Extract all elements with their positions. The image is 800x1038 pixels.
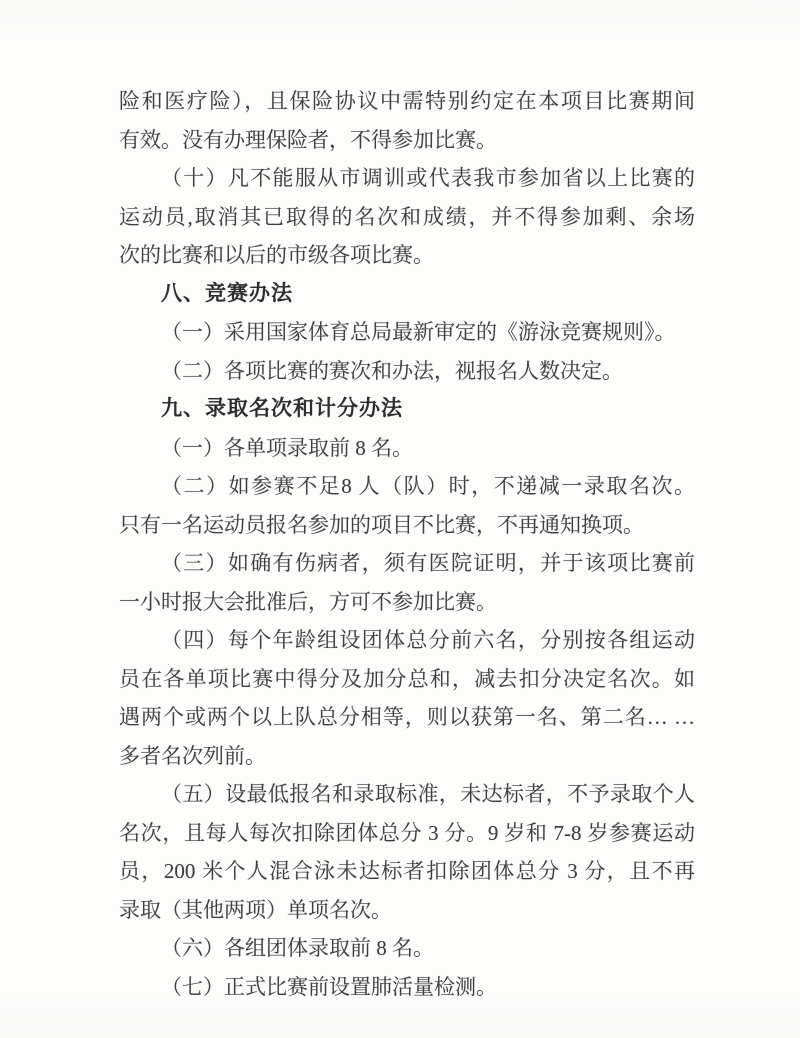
text-line: 一小时报大会批准后，方可不参加比赛。 [119, 583, 695, 622]
text-line: 九、录取名次和计分办法 [119, 390, 695, 429]
paragraph: （二）如参赛不足8 人（队）时，不递减一录取名次。只有一名运动员报名参加的项目不… [119, 467, 695, 544]
paragraph: （七）正式比赛前设置肺活量检测。 [119, 968, 695, 1007]
paragraph: （五）设最低报名和录取标准，未达标者，不予录取个人名次，且每人每次扣除团体总分 … [119, 775, 695, 929]
text-line: 有效。没有办理保险者，不得参加比赛。 [119, 121, 695, 160]
text-line: 险和医疗险），且保险协议中需特别约定在本项目比赛期间 [119, 82, 695, 121]
document-text-block: 险和医疗险），且保险协议中需特别约定在本项目比赛期间有效。没有办理保险者，不得参… [119, 82, 695, 1006]
text-line: （三）如确有伤病者，须有医院证明，并于该项比赛前 [119, 544, 695, 583]
text-line: （七）正式比赛前设置肺活量检测。 [119, 968, 695, 1007]
text-line: 次的比赛和以后的市级各项比赛。 [119, 236, 695, 275]
paragraph: 险和医疗险），且保险协议中需特别约定在本项目比赛期间有效。没有办理保险者，不得参… [119, 82, 695, 159]
text-line: 八、竞赛办法 [119, 275, 695, 314]
text-line: 遇两个或两个以上队总分相等，则以获第一名、第二名… … [119, 698, 695, 737]
text-line: 录取（其他两项）单项名次。 [119, 891, 695, 930]
section-heading: 八、竞赛办法 [119, 275, 695, 314]
paragraph: （十）凡不能服从市调训或代表我市参加省以上比赛的运动员,取消其已取得的名次和成绩… [119, 159, 695, 275]
paragraph: （六）各组团体录取前 8 名。 [119, 929, 695, 968]
paragraph: （四）每个年龄组设团体总分前六名，分别按各组运动员在各单项比赛中得分及加分总和，… [119, 621, 695, 775]
text-line: （一）各单项录取前 8 名。 [119, 429, 695, 468]
text-line: （十）凡不能服从市调训或代表我市参加省以上比赛的 [119, 159, 695, 198]
text-line: 多者名次列前。 [119, 737, 695, 776]
text-line: 只有一名运动员报名参加的项目不比赛，不再通知换项。 [119, 506, 695, 545]
text-line: （六）各组团体录取前 8 名。 [119, 929, 695, 968]
text-line: 员在各单项比赛中得分及加分总和，减去扣分决定名次。如 [119, 660, 695, 699]
paragraph: （二）各项比赛的赛次和办法，视报名人数决定。 [119, 352, 695, 391]
text-line: （二）如参赛不足8 人（队）时，不递减一录取名次。 [119, 467, 695, 506]
text-line: 员，200 米个人混合泳未达标者扣除团体总分 3 分，且不再 [119, 852, 695, 891]
text-line: 名次，且每人每次扣除团体总分 3 分。9 岁和 7-8 岁参赛运动 [119, 814, 695, 853]
paragraph: （一）采用国家体育总局最新审定的《游泳竞赛规则》。 [119, 313, 695, 352]
paragraph: （三）如确有伤病者，须有医院证明，并于该项比赛前一小时报大会批准后，方可不参加比… [119, 544, 695, 621]
text-line: （四）每个年龄组设团体总分前六名，分别按各组运动 [119, 621, 695, 660]
text-line: （一）采用国家体育总局最新审定的《游泳竞赛规则》。 [119, 313, 695, 352]
text-line: 运动员,取消其已取得的名次和成绩，并不得参加剩、余场 [119, 198, 695, 237]
paragraph: （一）各单项录取前 8 名。 [119, 429, 695, 468]
text-line: （二）各项比赛的赛次和办法，视报名人数决定。 [119, 352, 695, 391]
section-heading: 九、录取名次和计分办法 [119, 390, 695, 429]
text-line: （五）设最低报名和录取标准，未达标者，不予录取个人 [119, 775, 695, 814]
